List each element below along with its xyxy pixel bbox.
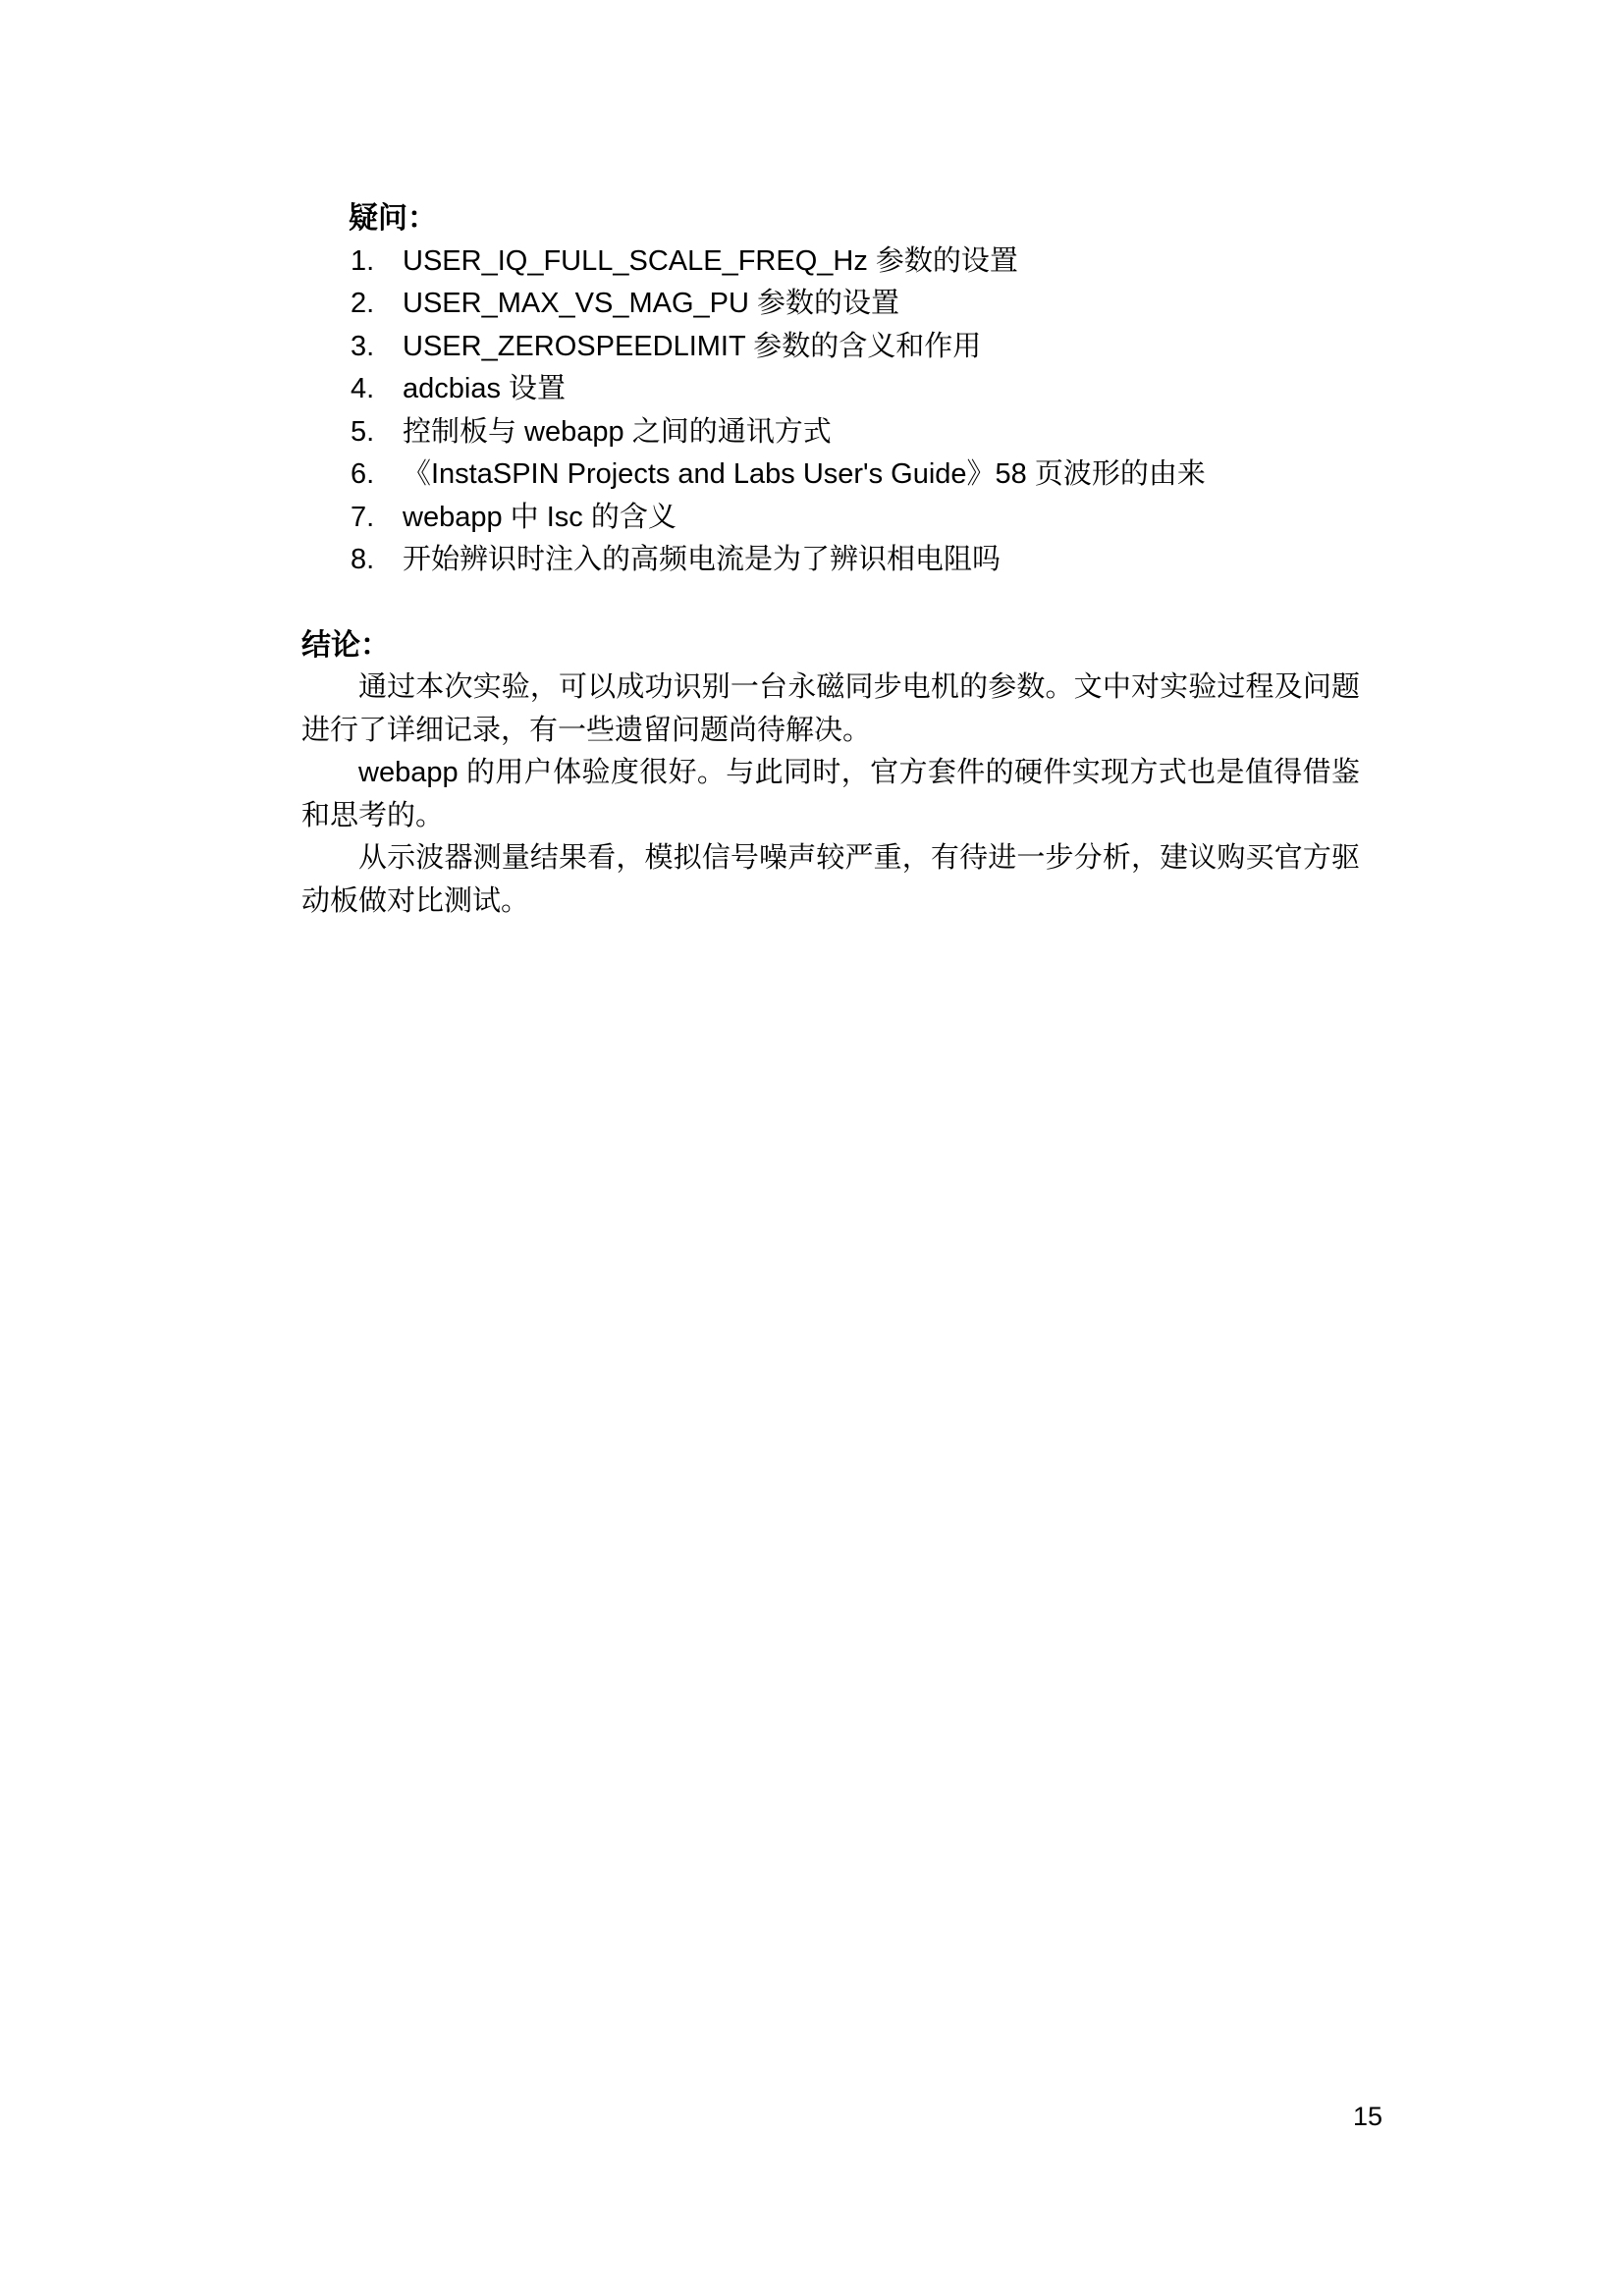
conclusion-line: 进行了详细记录，有一些遗留问题尚待解决。 xyxy=(301,710,1360,753)
question-text: 《InstaSPIN Projects and Labs User's Guid… xyxy=(403,454,1206,497)
page-number: 15 xyxy=(1353,2102,1382,2131)
question-item-6: 6. 《InstaSPIN Projects and Labs User's G… xyxy=(351,454,1360,497)
question-number: 7. xyxy=(351,497,403,540)
question-text: USER_ZEROSPEEDLIMIT 参数的含义和作用 xyxy=(403,326,981,369)
questions-heading: 疑问： xyxy=(349,197,1360,240)
question-item-1: 1. USER_IQ_FULL_SCALE_FREQ_Hz 参数的设置 xyxy=(351,240,1360,284)
conclusion-line: webapp 的用户体验度很好。与此同时，官方套件的硬件实现方式也是值得借鉴 xyxy=(301,752,1360,795)
question-number: 3. xyxy=(351,326,403,369)
conclusion-heading: 结论： xyxy=(301,624,1360,667)
question-number: 5. xyxy=(351,411,403,454)
question-number: 1. xyxy=(351,240,403,284)
question-text: adcbias 设置 xyxy=(403,368,566,411)
document-text-block: 疑问： 1. USER_IQ_FULL_SCALE_FREQ_Hz 参数的设置 … xyxy=(301,197,1360,923)
question-number: 4. xyxy=(351,368,403,411)
question-item-4: 4. adcbias 设置 xyxy=(351,368,1360,411)
question-item-5: 5. 控制板与 webapp 之间的通讯方式 xyxy=(351,411,1360,454)
question-item-8: 8. 开始辨识时注入的高频电流是为了辨识相电阻吗 xyxy=(351,539,1360,582)
question-item-3: 3. USER_ZEROSPEEDLIMIT 参数的含义和作用 xyxy=(351,326,1360,369)
question-number: 8. xyxy=(351,539,403,582)
conclusion-line: 和思考的。 xyxy=(301,795,1360,838)
question-number: 6. xyxy=(351,454,403,497)
question-text: 控制板与 webapp 之间的通讯方式 xyxy=(403,411,832,454)
question-item-7: 7. webapp 中 Isc 的含义 xyxy=(351,497,1360,540)
conclusion-line: 从示波器测量结果看，模拟信号噪声较严重，有待进一步分析，建议购买官方驱 xyxy=(301,837,1360,881)
question-text: USER_MAX_VS_MAG_PU 参数的设置 xyxy=(403,283,899,326)
question-number: 2. xyxy=(351,283,403,326)
section-gap xyxy=(301,582,1360,624)
question-item-2: 2. USER_MAX_VS_MAG_PU 参数的设置 xyxy=(351,283,1360,326)
conclusion-line: 动板做对比测试。 xyxy=(301,881,1360,924)
question-text: webapp 中 Isc 的含义 xyxy=(403,497,677,540)
question-text: 开始辨识时注入的高频电流是为了辨识相电阻吗 xyxy=(403,539,1001,582)
conclusion-line: 通过本次实验，可以成功识别一台永磁同步电机的参数。文中对实验过程及问题 xyxy=(301,667,1360,710)
question-text: USER_IQ_FULL_SCALE_FREQ_Hz 参数的设置 xyxy=(403,240,1018,284)
